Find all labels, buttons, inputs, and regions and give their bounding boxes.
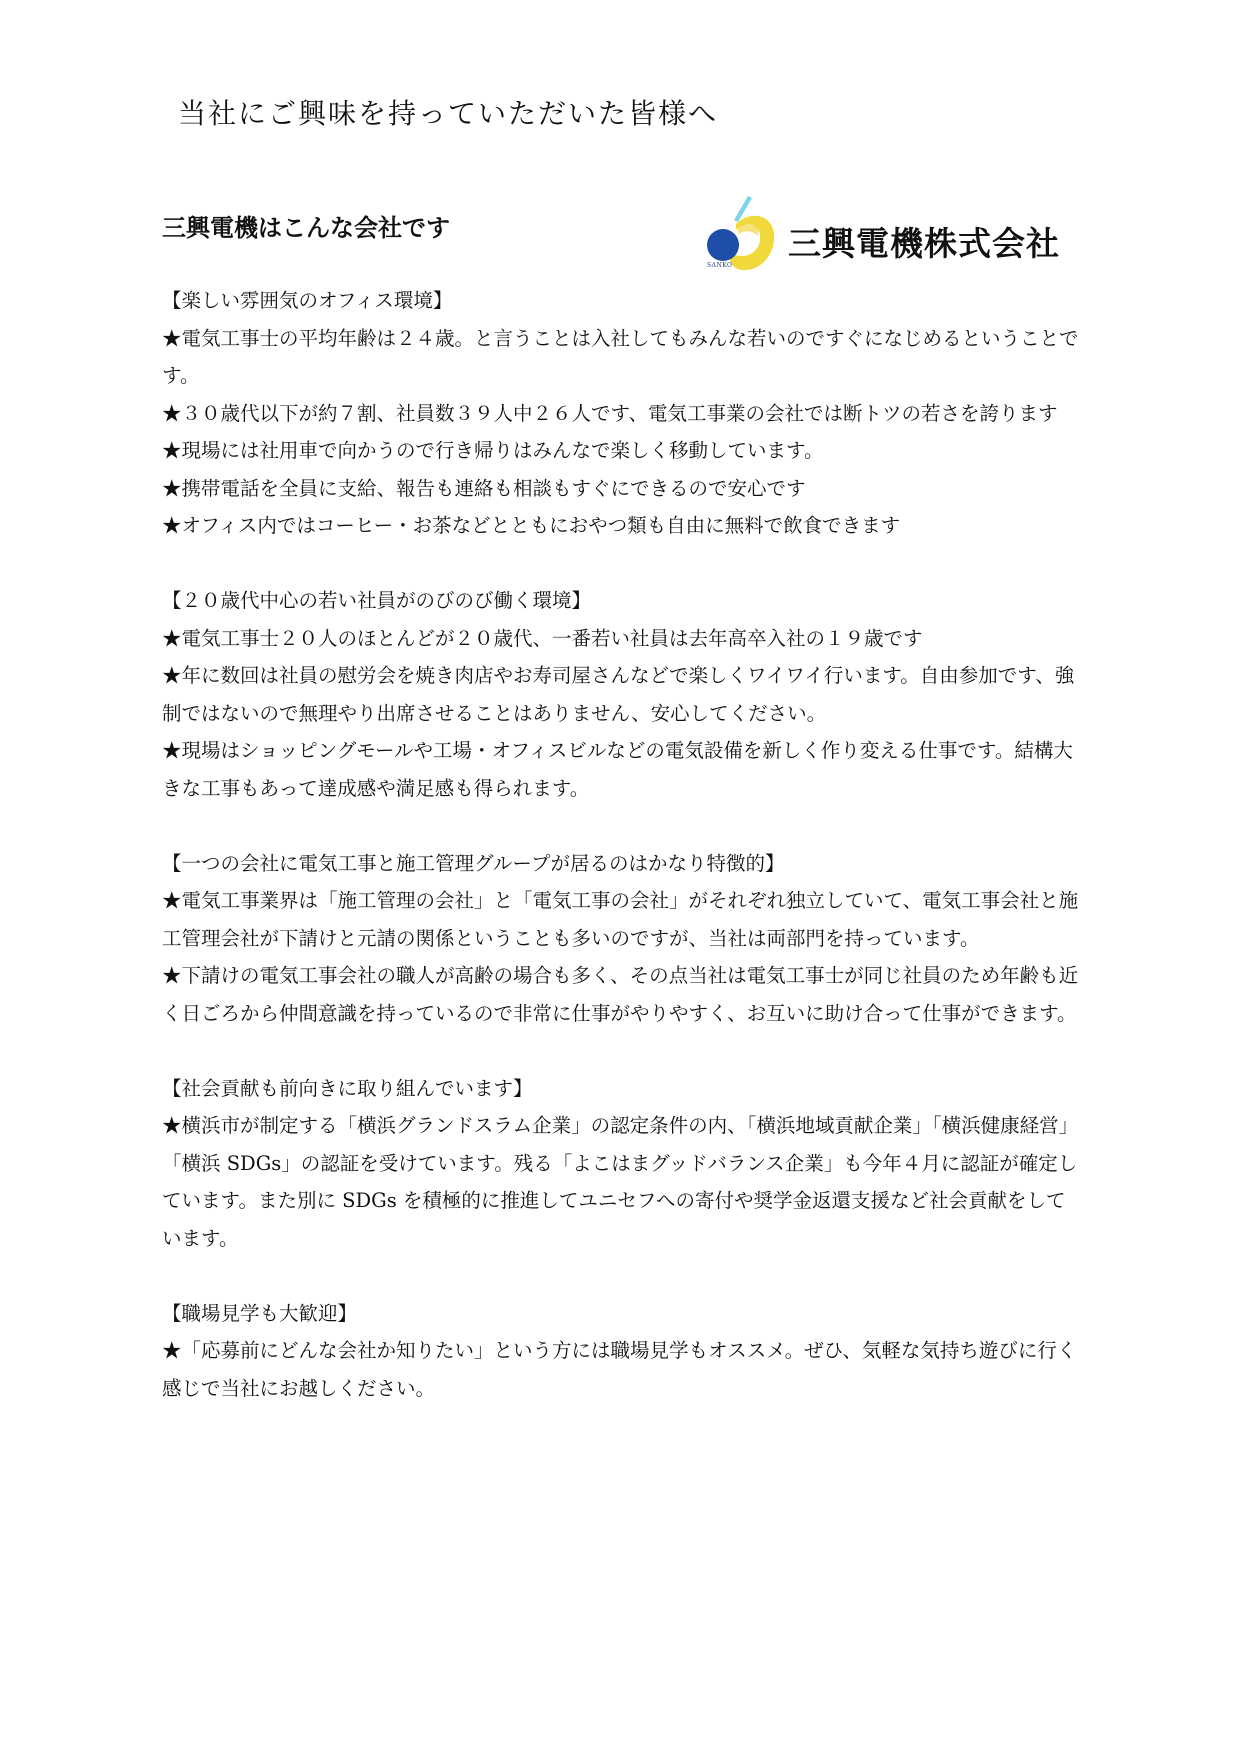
list-item: ★「応募前にどんな会社か知りたい」という方には職場見学もオススメ。ぜひ、気軽な気… <box>162 1332 1082 1407</box>
list-item: ★携帯電話を全員に支給、報告も連絡も相談もすぐにできるので安心です <box>162 470 1082 508</box>
section-workplace-tour: 【職場見学も大歓迎】 ★「応募前にどんな会社か知りたい」という方には職場見学もオ… <box>162 1295 1082 1408</box>
list-item: ★３０歳代以下が約７割、社員数３９人中２６人です、電気工事業の会社では断トツの若… <box>162 395 1082 433</box>
section-social-contribution: 【社会貢献も前向きに取り組んでいます】 ★横浜市が制定する「横浜グランドスラム企… <box>162 1070 1082 1258</box>
list-item: ★横浜市が制定する「横浜グランドスラム企業」の認定条件の内、「横浜地域貢献企業」… <box>162 1107 1082 1257</box>
section-title: 【職場見学も大歓迎】 <box>162 1295 1082 1333</box>
section-two-departments: 【一つの会社に電気工事と施工管理グループが居るのはかなり特徴的】 ★電気工事業界… <box>162 845 1082 1033</box>
list-item: ★電気工事士の平均年齢は２４歳。と言うことは入社してもみんな若いのですぐになじめ… <box>162 320 1082 395</box>
list-item: ★現場には社用車で向かうので行き帰りはみんなで楽しく移動しています。 <box>162 432 1082 470</box>
list-item: ★現場はショッピングモールや工場・オフィスビルなどの電気設備を新しく作り変える仕… <box>162 732 1082 807</box>
list-item: ★下請けの電気工事会社の職人が高齢の場合も多く、その点当社は電気工事士が同じ社員… <box>162 957 1082 1032</box>
document-body: 【楽しい雰囲気のオフィス環境】 ★電気工事士の平均年齢は２４歳。と言うことは入社… <box>162 282 1082 1445</box>
section-title: 【２０歳代中心の若い社員がのびのび働く環境】 <box>162 582 1082 620</box>
section-title: 【楽しい雰囲気のオフィス環境】 <box>162 282 1082 320</box>
logo-company-name: 三興電機株式会社 <box>788 218 1060 265</box>
section-title: 【社会貢献も前向きに取り組んでいます】 <box>162 1070 1082 1108</box>
list-item: ★年に数回は社員の慰労会を焼き肉店やお寿司屋さんなどで楽しくワイワイ行います。自… <box>162 657 1082 732</box>
list-item: ★オフィス内ではコーヒー・お茶などとともにおやつ類も自由に無料で飲食できます <box>162 507 1082 545</box>
section-title: 【一つの会社に電気工事と施工管理グループが居るのはかなり特徴的】 <box>162 845 1082 883</box>
company-logo: SANKO 三興電機株式会社 <box>700 190 1060 280</box>
company-heading: 三興電機はこんな会社です <box>162 208 450 243</box>
section-office-environment: 【楽しい雰囲気のオフィス環境】 ★電気工事士の平均年齢は２４歳。と言うことは入社… <box>162 282 1082 545</box>
list-item: ★電気工事士２０人のほとんどが２０歳代、一番若い社員は去年高卒入社の１９歳です <box>162 620 1082 658</box>
greeting: 当社にご興味を持っていただいた皆様へ <box>178 92 718 132</box>
section-young-staff: 【２０歳代中心の若い社員がのびのび働く環境】 ★電気工事士２０人のほとんどが２０… <box>162 582 1082 807</box>
logo-mark-text: SANKO <box>707 262 732 269</box>
list-item: ★電気工事業界は「施工管理の会社」と「電気工事の会社」がそれぞれ独立していて、電… <box>162 882 1082 957</box>
